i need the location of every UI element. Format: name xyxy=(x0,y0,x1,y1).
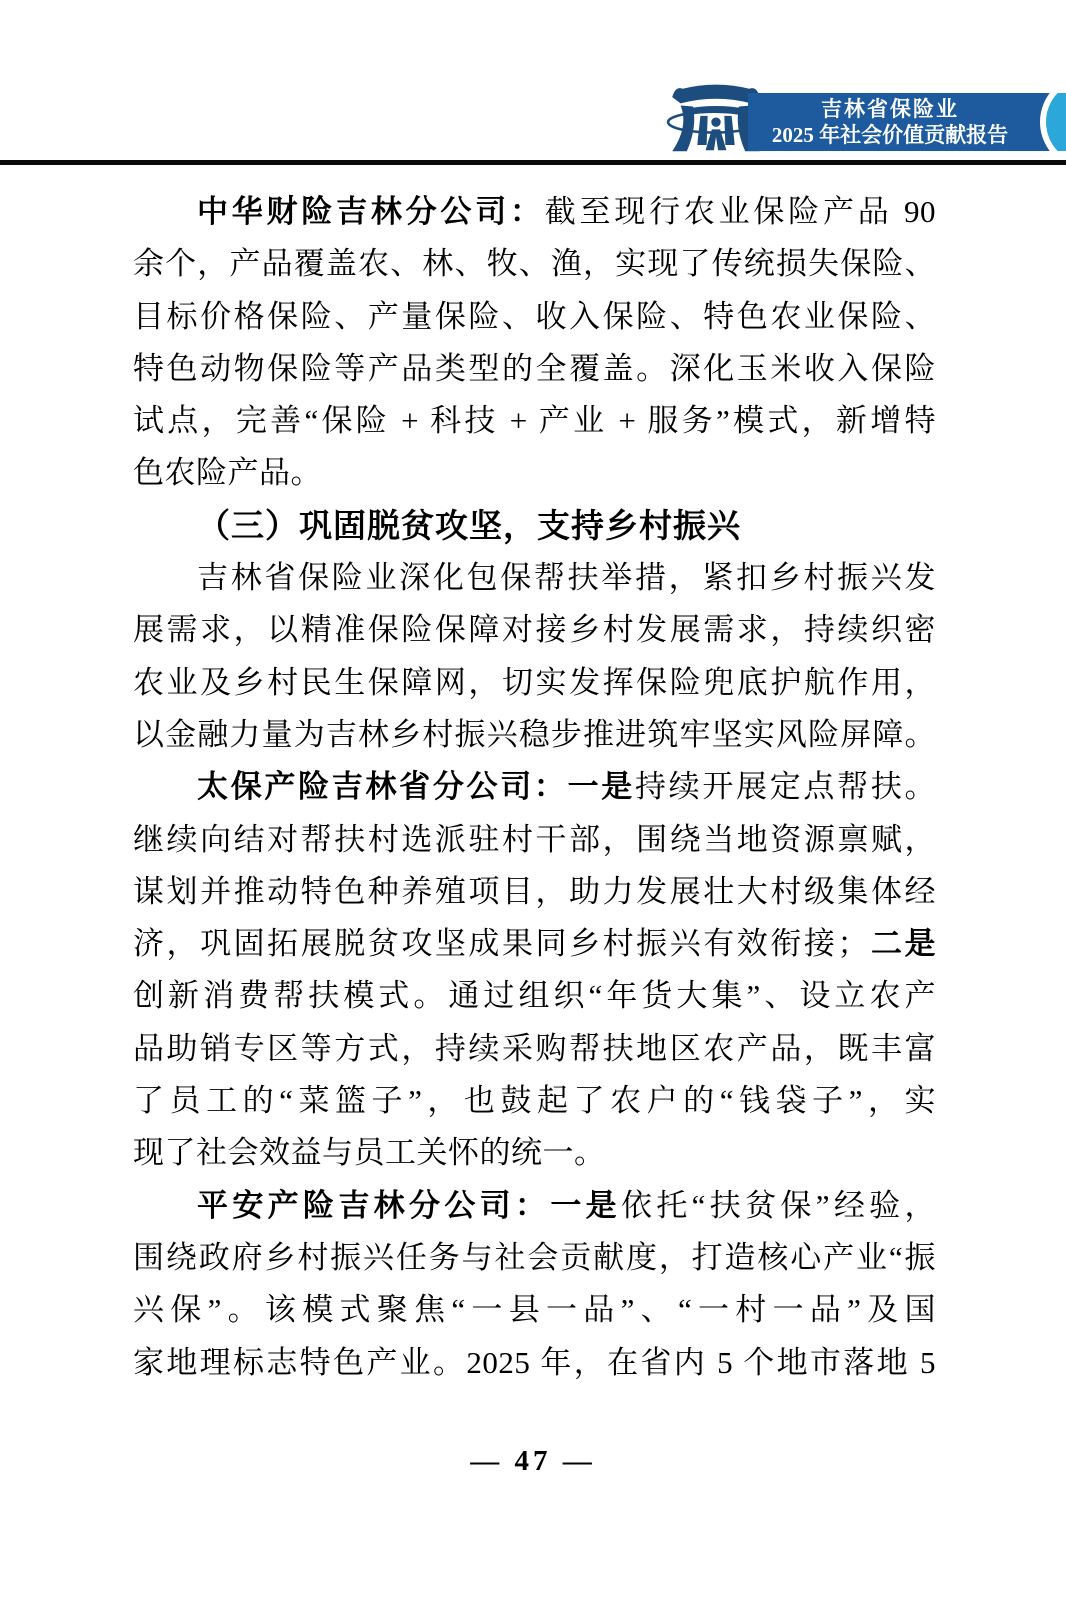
text-line: 余个，产品覆盖农、林、牧、渔，实现了传统损失保险、 xyxy=(133,238,936,290)
text-line: 现了社会效益与员工关怀的统一。 xyxy=(133,1127,936,1179)
text-line: 围绕政府乡村振兴任务与社会贡献度，打造核心产业“振 xyxy=(133,1232,936,1284)
header-banner: 吉林省保险业 2025 年社会价值贡献报告 xyxy=(748,93,1066,151)
page-number: — 47 — xyxy=(0,1445,1066,1478)
text-line: 创新消费帮扶模式。通过组织“年货大集”、设立农产 xyxy=(133,970,936,1022)
text-line: 谋划并推动特色种养殖项目，助力发展壮大村级集体经 xyxy=(133,866,936,918)
text-line: 中华财险吉林分公司：截至现行农业保险产品 90 xyxy=(133,186,936,238)
header-rule xyxy=(0,160,1066,165)
header-title-line2: 2025 年社会价值贡献报告 xyxy=(772,122,1008,148)
text-line: 色农险产品。 xyxy=(133,447,936,499)
section-heading: （三）巩固脱贫攻坚，支持乡村振兴 xyxy=(133,500,936,552)
text-line: 兴保”。该模式聚焦“一县一品”、“一村一品”及国 xyxy=(133,1284,936,1336)
text-line: 特色动物保险等产品类型的全覆盖。深化玉米收入保险 xyxy=(133,343,936,395)
text-line: 品助销专区等方式，持续采购帮扶地区农产品，既丰富 xyxy=(133,1023,936,1075)
text-line: 以金融力量为吉林乡村振兴稳步推进筑牢坚实风险屏障。 xyxy=(133,709,936,761)
text-line: 太保产险吉林省分公司：一是持续开展定点帮扶。 xyxy=(133,761,936,813)
text-line: 试点，完善“保险 + 科技 + 产业 + 服务”模式，新增特 xyxy=(133,395,936,447)
report-page: 吉林省保险业 2025 年社会价值贡献报告 中华财险吉林分公司：截至现行农业保险… xyxy=(0,0,1066,1600)
header-circle-decoration xyxy=(1040,93,1066,151)
header-title: 吉林省保险业 2025 年社会价值贡献报告 xyxy=(748,93,1066,151)
text-line: 目标价格保险、产量保险、收入保险、特色农业保险、 xyxy=(133,291,936,343)
text-line: 继续向结对帮扶村选派驻村干部，围绕当地资源禀赋， xyxy=(133,814,936,866)
text-line: 展需求，以精准保险保障对接乡村发展需求，持续织密 xyxy=(133,604,936,656)
header-title-line1: 吉林省保险业 xyxy=(821,96,959,122)
document-body: 中华财险吉林分公司：截至现行农业保险产品 90余个，产品覆盖农、林、牧、渔，实现… xyxy=(133,186,936,1389)
text-line: 济，巩固拓展脱贫攻坚成果同乡村振兴有效衔接；二是 xyxy=(133,918,936,970)
text-line: 了员工的“菜篮子”，也鼓起了农户的“钱袋子”，实 xyxy=(133,1075,936,1127)
text-line: 家地理标志特色产业。2025 年，在省内 5 个地市落地 5 xyxy=(133,1337,936,1389)
text-line: 吉林省保险业深化包保帮扶举措，紧扣乡村振兴发 xyxy=(133,552,936,604)
text-line: 农业及乡村民生保障网，切实发挥保险兜底护航作用， xyxy=(133,657,936,709)
text-line: 平安产险吉林分公司：一是依托“扶贫保”经验， xyxy=(133,1180,936,1232)
